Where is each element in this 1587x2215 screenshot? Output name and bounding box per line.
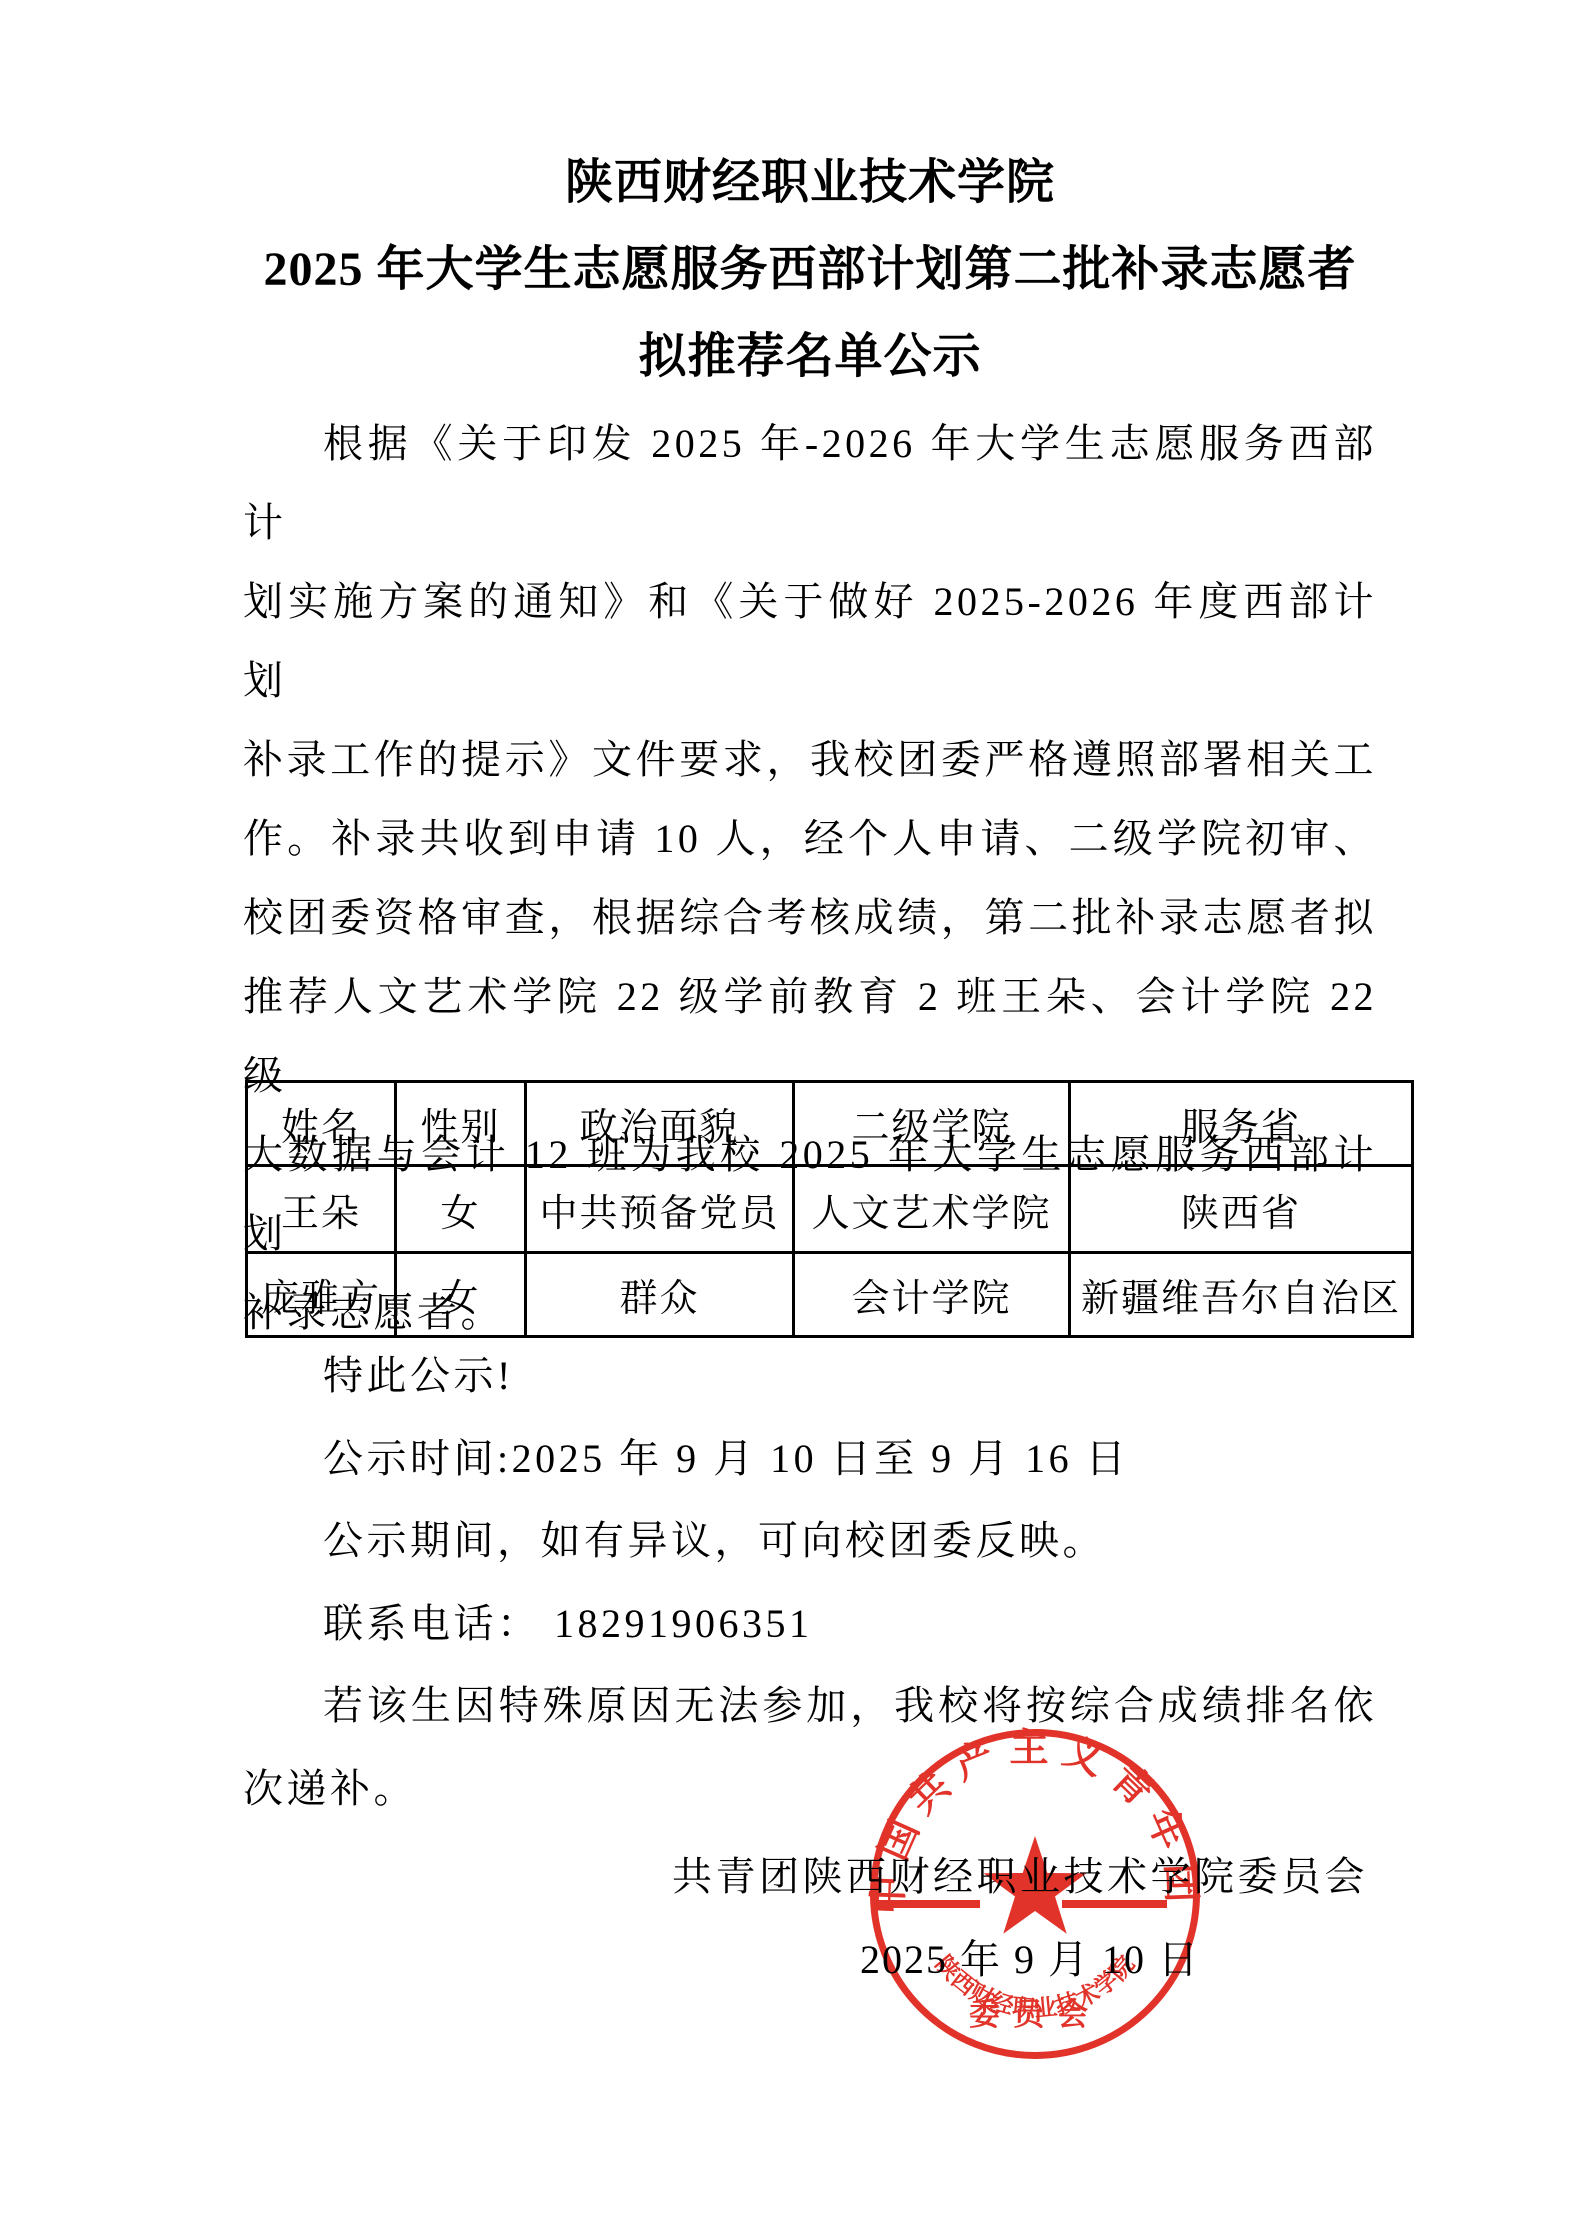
body-line: 划实施方案的通知》和《关于做好 2025-2026 年度西部计划: [243, 562, 1377, 720]
title-line-program: 2025 年大学生志愿服务西部计划第二批补录志愿者: [243, 226, 1377, 313]
cell-political-status: 中共预备党员: [526, 1166, 794, 1253]
footer-line-notice: 特此公示!: [243, 1335, 1377, 1418]
header-political-status: 政治面貌: [526, 1082, 794, 1166]
title-line-school: 陕西财经职业技术学院: [243, 139, 1377, 226]
footer-line-phone: 联系电话： 18291906351: [243, 1583, 1377, 1666]
table-row: 王朵 女 中共预备党员 人文艺术学院 陕西省: [247, 1166, 1413, 1253]
header-service-province: 服务省: [1070, 1082, 1413, 1166]
cell-gender: 女: [396, 1253, 526, 1337]
body-line: 作。补录共收到申请 10 人，经个人申请、二级学院初审、: [243, 799, 1377, 878]
document-date: 2025 年 9 月 10 日: [810, 1932, 1250, 1988]
footer-line-substitute-1: 若该生因特殊原因无法参加，我校将按综合成绩排名依: [243, 1665, 1377, 1748]
table-header-row: 姓名 性别 政治面貌 二级学院 服务省: [247, 1082, 1413, 1166]
recommended-volunteers-table: 姓名 性别 政治面貌 二级学院 服务省 王朵 女 中共预备党员 人文艺术学院 陕…: [245, 1080, 1414, 1338]
stamp-committee-text: 委员会: [969, 1997, 1101, 2032]
cell-name: 庞雅方: [247, 1253, 396, 1337]
cell-service-province: 新疆维吾尔自治区: [1070, 1253, 1413, 1337]
table-row: 庞雅方 女 群众 会计学院 新疆维吾尔自治区: [247, 1253, 1413, 1337]
cell-college: 会计学院: [794, 1253, 1070, 1337]
title-line-notice: 拟推荐名单公示: [243, 313, 1377, 400]
body-line: 补录工作的提示》文件要求，我校团委严格遵照部署相关工: [243, 720, 1377, 799]
cell-name: 王朵: [247, 1166, 396, 1253]
cell-gender: 女: [396, 1166, 526, 1253]
cell-college: 人文艺术学院: [794, 1166, 1070, 1253]
announcement-document-page: 陕西财经职业技术学院 2025 年大学生志愿服务西部计划第二批补录志愿者 拟推荐…: [0, 0, 1587, 2215]
body-line: 根据《关于印发 2025 年-2026 年大学生志愿服务西部计: [243, 404, 1377, 562]
body-line: 校团委资格审查，根据综合考核成绩，第二批补录志愿者拟: [243, 878, 1377, 957]
footer-line-substitute-2: 次递补。: [243, 1748, 1377, 1831]
signature-committee: 共青团陕西财经职业技术学院委员会: [672, 1849, 1368, 1905]
footer-block: 特此公示! 公示时间:2025 年 9 月 10 日至 9 月 16 日 公示期…: [243, 1335, 1377, 1831]
document-title-block: 陕西财经职业技术学院 2025 年大学生志愿服务西部计划第二批补录志愿者 拟推荐…: [243, 139, 1377, 400]
footer-line-period: 公示时间:2025 年 9 月 10 日至 9 月 16 日: [243, 1418, 1377, 1501]
footer-line-objection: 公示期间，如有异议，可向校团委反映。: [243, 1500, 1377, 1583]
cell-service-province: 陕西省: [1070, 1166, 1413, 1253]
header-gender: 性别: [396, 1082, 526, 1166]
header-name: 姓名: [247, 1082, 396, 1166]
header-college: 二级学院: [794, 1082, 1070, 1166]
cell-political-status: 群众: [526, 1253, 794, 1337]
